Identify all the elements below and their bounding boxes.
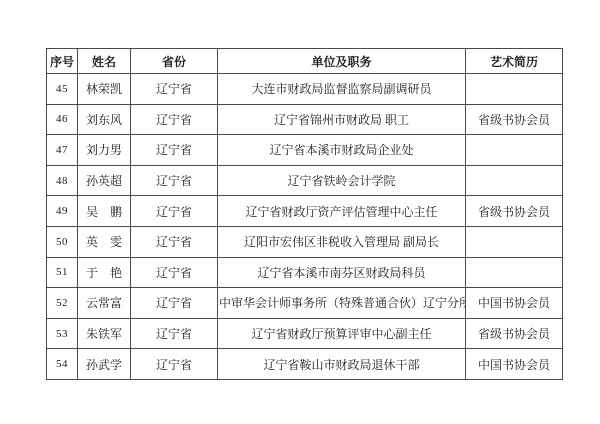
cell-bio <box>466 165 563 196</box>
cell-name: 孙英超 <box>78 165 131 196</box>
cell-bio: 省级书协会员 <box>466 104 563 135</box>
cell-unit: 辽宁省本溪市南芬区财政局科员 <box>218 257 466 288</box>
column-header-no: 序号 <box>47 49 78 74</box>
table-row: 50 英 雯 辽宁省 辽阳市宏伟区非税收入管理局 副局长 <box>47 226 563 257</box>
cell-no: 52 <box>47 288 78 319</box>
cell-name: 朱铁军 <box>78 318 131 349</box>
cell-bio: 中国书协会员 <box>466 349 563 380</box>
cell-province: 辽宁省 <box>131 135 218 166</box>
cell-bio <box>466 74 563 105</box>
roster-table: 序号 姓名 省份 单位及职务 艺术简历 45 林荣凯 辽宁省 大连市财政局监督监… <box>46 48 563 380</box>
column-header-bio: 艺术简历 <box>466 49 563 74</box>
cell-bio: 省级书协会员 <box>466 318 563 349</box>
cell-no: 54 <box>47 349 78 380</box>
cell-unit: 辽宁省本溪市财政局企业处 <box>218 135 466 166</box>
cell-no: 50 <box>47 226 78 257</box>
cell-unit: 辽阳市宏伟区非税收入管理局 副局长 <box>218 226 466 257</box>
cell-no: 46 <box>47 104 78 135</box>
cell-bio <box>466 257 563 288</box>
cell-bio <box>466 226 563 257</box>
cell-no: 45 <box>47 74 78 105</box>
cell-unit: 辽宁省财政厅预算评审中心副主任 <box>218 318 466 349</box>
cell-no: 47 <box>47 135 78 166</box>
cell-province: 辽宁省 <box>131 74 218 105</box>
cell-name: 孙武学 <box>78 349 131 380</box>
cell-province: 辽宁省 <box>131 165 218 196</box>
table-row: 49 吴 鹏 辽宁省 辽宁省财政厅资产评估管理中心主任 省级书协会员 <box>47 196 563 227</box>
cell-province: 辽宁省 <box>131 257 218 288</box>
cell-province: 辽宁省 <box>131 226 218 257</box>
cell-bio: 中国书协会员 <box>466 288 563 319</box>
cell-name: 云常富 <box>78 288 131 319</box>
table-row: 45 林荣凯 辽宁省 大连市财政局监督监察局副调研员 <box>47 74 563 105</box>
cell-name: 刘东风 <box>78 104 131 135</box>
cell-name: 林荣凯 <box>78 74 131 105</box>
header-row: 序号 姓名 省份 单位及职务 艺术简历 <box>47 49 563 74</box>
cell-unit: 辽宁省鞍山市财政局退休干部 <box>218 349 466 380</box>
cell-name: 吴 鹏 <box>78 196 131 227</box>
cell-unit: 中审华会计师事务所（特殊普通合伙）辽宁分所 <box>218 288 466 319</box>
table-row: 52 云常富 辽宁省 中审华会计师事务所（特殊普通合伙）辽宁分所 中国书协会员 <box>47 288 563 319</box>
cell-bio: 省级书协会员 <box>466 196 563 227</box>
cell-name: 英 雯 <box>78 226 131 257</box>
cell-unit: 辽宁省财政厅资产评估管理中心主任 <box>218 196 466 227</box>
column-header-province: 省份 <box>131 49 218 74</box>
cell-name: 刘力男 <box>78 135 131 166</box>
cell-province: 辽宁省 <box>131 196 218 227</box>
document-page: 序号 姓名 省份 单位及职务 艺术简历 45 林荣凯 辽宁省 大连市财政局监督监… <box>0 0 600 424</box>
table-row: 46 刘东风 辽宁省 辽宁省锦州市财政局 职工 省级书协会员 <box>47 104 563 135</box>
column-header-name: 姓名 <box>78 49 131 74</box>
cell-name: 于 艳 <box>78 257 131 288</box>
cell-province: 辽宁省 <box>131 104 218 135</box>
cell-no: 51 <box>47 257 78 288</box>
cell-unit: 辽宁省铁岭会计学院 <box>218 165 466 196</box>
cell-bio <box>466 135 563 166</box>
cell-unit: 大连市财政局监督监察局副调研员 <box>218 74 466 105</box>
cell-province: 辽宁省 <box>131 349 218 380</box>
table-row: 51 于 艳 辽宁省 辽宁省本溪市南芬区财政局科员 <box>47 257 563 288</box>
cell-no: 48 <box>47 165 78 196</box>
column-header-unit: 单位及职务 <box>218 49 466 74</box>
table-row: 53 朱铁军 辽宁省 辽宁省财政厅预算评审中心副主任 省级书协会员 <box>47 318 563 349</box>
cell-no: 49 <box>47 196 78 227</box>
cell-province: 辽宁省 <box>131 288 218 319</box>
table-row: 47 刘力男 辽宁省 辽宁省本溪市财政局企业处 <box>47 135 563 166</box>
cell-province: 辽宁省 <box>131 318 218 349</box>
table-row: 48 孙英超 辽宁省 辽宁省铁岭会计学院 <box>47 165 563 196</box>
cell-no: 53 <box>47 318 78 349</box>
cell-unit: 辽宁省锦州市财政局 职工 <box>218 104 466 135</box>
table-row: 54 孙武学 辽宁省 辽宁省鞍山市财政局退休干部 中国书协会员 <box>47 349 563 380</box>
